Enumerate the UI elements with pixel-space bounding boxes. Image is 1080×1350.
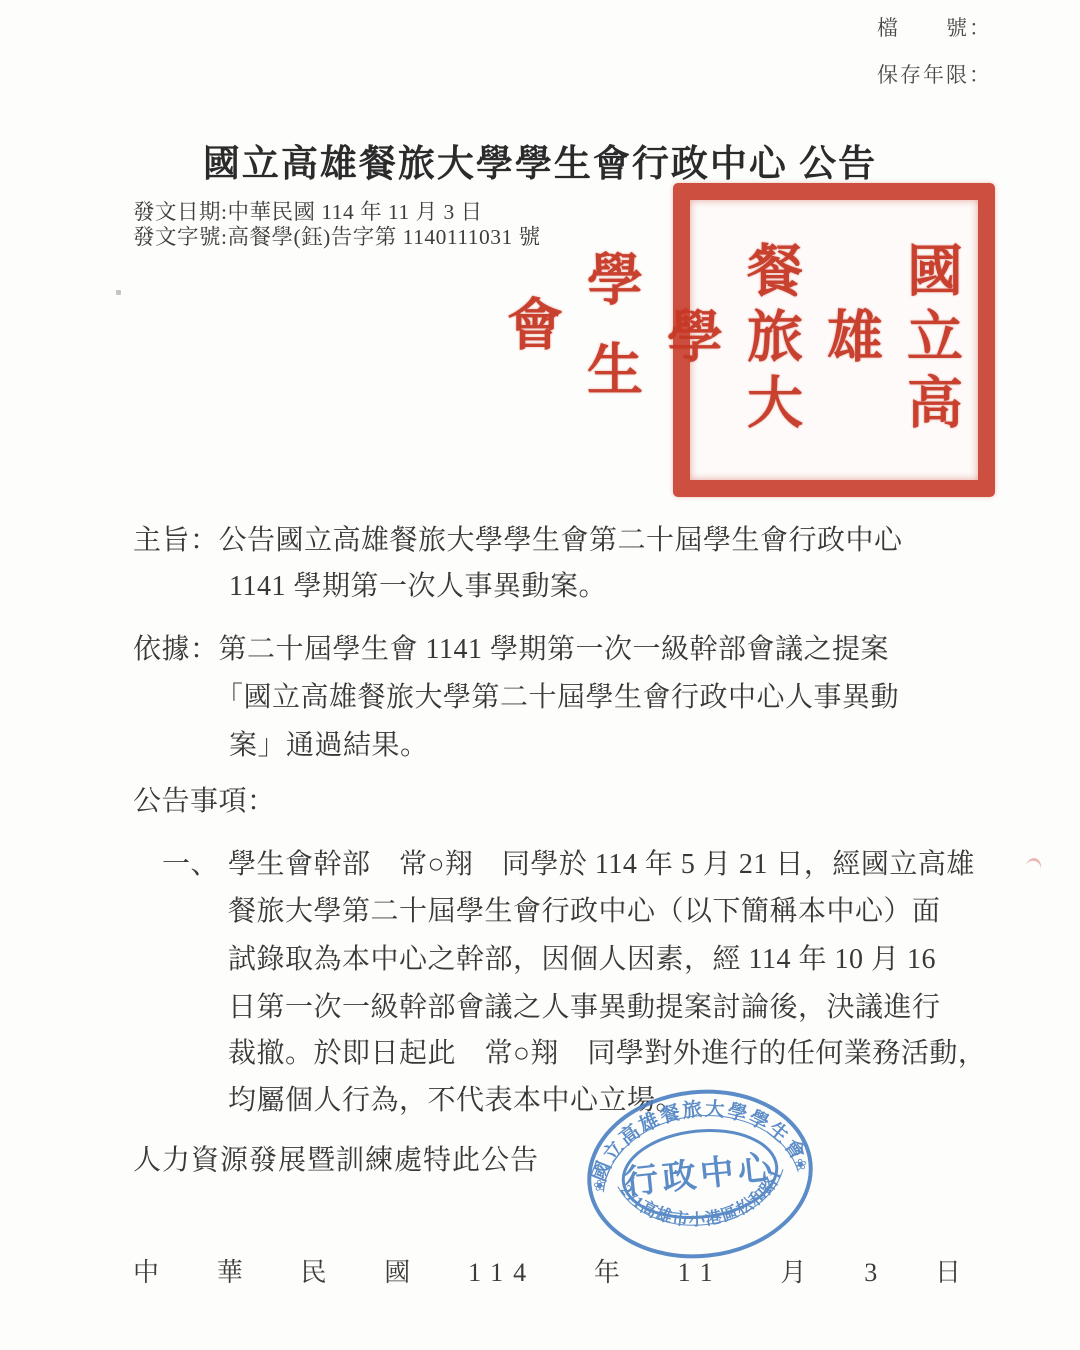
retention-period-label: 保存年限： bbox=[877, 59, 992, 89]
announcement-document: 檔 號： 保存年限： 國立高雄餐旅大學學生會行政中心 公告 發文日期:中華民國 … bbox=[0, 0, 1080, 1350]
seal-column-3: 學生會 bbox=[490, 210, 650, 470]
flower-icon: ❀ bbox=[794, 1157, 808, 1174]
scan-speck bbox=[116, 290, 121, 295]
item-line-2: 餐旅大學第二十屆學生會行政中心（以下簡稱本中心）面 bbox=[228, 889, 941, 929]
flower-icon: ❀ bbox=[593, 1178, 607, 1195]
red-official-seal: 國立高雄 餐旅大學 學生會 bbox=[673, 183, 995, 497]
footer-date-segment: 民 bbox=[301, 1252, 327, 1289]
footer-date-month: 11 bbox=[678, 1258, 723, 1288]
item-line-1: 學生會幹部 常○翔 同學於 114 年 5 月 21 日，經國立高雄 bbox=[228, 842, 975, 882]
footer-date-segment: 國 bbox=[384, 1252, 410, 1289]
subject-line-2: 1141 學期第一次人事異動案。 bbox=[229, 564, 607, 604]
footer-date-segment: 年 bbox=[594, 1252, 620, 1289]
issue-date-line: 發文日期:中華民國 114 年 11 月 3 日 bbox=[133, 200, 541, 225]
basis-line-1: 依據：第二十屆學生會 1141 學期第一次一級幹部會議之提案 bbox=[133, 627, 889, 667]
file-number-label: 檔 號： bbox=[877, 12, 992, 42]
item-line-5: 裁撤。於即日起此 常○翔 同學對外進行的任何業務活動， bbox=[228, 1031, 986, 1071]
seal-column-2: 餐旅大學 bbox=[650, 210, 810, 470]
item-line-4: 日第一次一級幹部會議之人事異動提案討論後，決議進行 bbox=[228, 985, 941, 1025]
item-number: 一、 bbox=[162, 842, 219, 882]
issue-meta: 發文日期:中華民國 114 年 11 月 3 日 發文字號:高餐學(鈺)告字第 … bbox=[133, 200, 541, 250]
footer-date-segment: 中 bbox=[133, 1252, 159, 1289]
basis-line-2: 「國立高雄餐旅大學第二十屆學生會行政中心人事異動 bbox=[215, 675, 899, 715]
footer-date-segment: 華 bbox=[217, 1252, 243, 1289]
subject-line-1: 主旨：公告國立高雄餐旅大學學生會第二十屆學生會行政中心 bbox=[133, 518, 903, 558]
subject-text: 公告國立高雄餐旅大學學生會第二十屆學生會行政中心 bbox=[219, 525, 903, 556]
footer-date: 中 華 民 國 114 年 11 月 3 日 bbox=[133, 1252, 961, 1289]
basis-label: 依據： bbox=[133, 634, 219, 665]
seal-column-1: 國立高雄 bbox=[810, 210, 970, 470]
basis-line-3: 案」通過結果。 bbox=[229, 723, 429, 763]
footer-date-segment: 月 bbox=[780, 1252, 806, 1289]
footer-date-day: 3 bbox=[864, 1258, 877, 1288]
closing-statement: 人力資源發展暨訓練處特此公告 bbox=[133, 1138, 539, 1178]
archive-labels: 檔 號： 保存年限： bbox=[877, 12, 992, 106]
blue-office-stamp: 國立高雄餐旅大學學生會 81271高雄市小港區松和路1號 行政中心 ❀ ❀ bbox=[573, 1074, 826, 1274]
page-title: 國立高雄餐旅大學學生會行政中心 公告 bbox=[0, 133, 1080, 187]
scan-speck bbox=[1025, 856, 1044, 872]
footer-date-segment: 日 bbox=[935, 1252, 961, 1289]
item-line-3: 試錄取為本中心之幹部，因個人因素，經 114 年 10 月 16 bbox=[228, 937, 936, 977]
announcement-heading: 公告事項： bbox=[133, 779, 276, 819]
footer-date-year: 114 bbox=[468, 1258, 536, 1288]
basis-text: 第二十屆學生會 1141 學期第一次一級幹部會議之提案 bbox=[219, 634, 889, 665]
subject-label: 主旨： bbox=[133, 525, 219, 556]
issue-number-line: 發文字號:高餐學(鈺)告字第 1140111031 號 bbox=[133, 225, 541, 250]
